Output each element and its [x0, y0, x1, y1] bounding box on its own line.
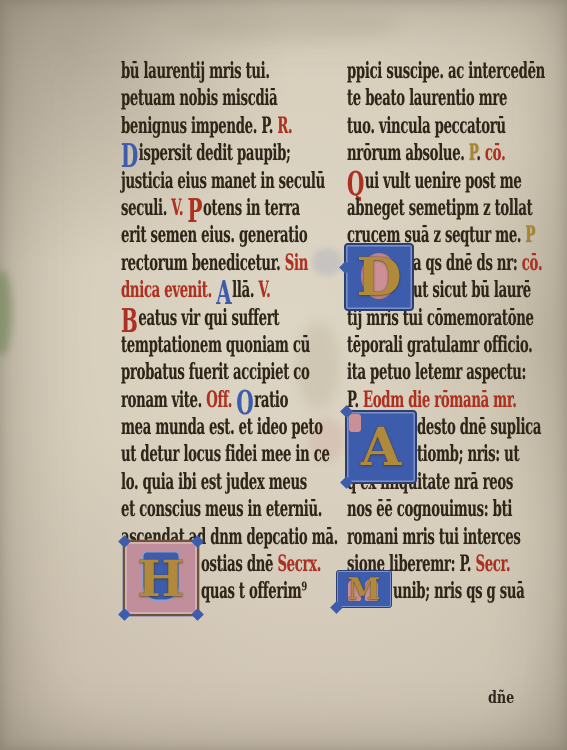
text-line: petuam nobis miscdiā	[121, 85, 241, 112]
illuminated-initial-h-block: H	[123, 540, 199, 616]
illuminated-initial-a-block: A	[345, 410, 417, 484]
text-segment: unib; nris qs g suā	[393, 578, 524, 604]
text-segment: quas t offerim⁹	[201, 578, 307, 604]
text-line: erit semen eius. generatio	[121, 222, 241, 249]
text-segment: benignus impende. P.	[121, 113, 277, 139]
text-segment: nrōrum absolue.	[347, 140, 469, 166]
text-segment: ut sicut bū laurē	[413, 277, 531, 303]
text-line: ronam vite. Off. Oratio	[121, 387, 241, 414]
text-line: nos ēē cognouimus: bti	[347, 496, 454, 523]
text-line: temptationem quoniam cū	[121, 332, 241, 359]
text-segment: petuam nobis miscdiā	[121, 85, 277, 111]
text-segment: ispersit dedit paupib;	[139, 140, 291, 166]
text-segment: nos ēē cognouimus: bti	[347, 496, 512, 522]
text-line: Qui vult uenire post me	[347, 168, 454, 195]
text-segment: te beato laurentio mre	[347, 85, 507, 111]
text-segment: romani mris tui interces	[347, 524, 520, 550]
text-segment: justicia eius manet in seculū	[121, 168, 325, 194]
text-segment: ostias dnē	[201, 551, 277, 577]
text-line: benignus impende. P. R.	[121, 113, 241, 140]
text-segment: otens in terra	[203, 195, 300, 221]
text-segment: probatus fuerit accipiet co	[121, 359, 310, 385]
text-segment: Sin	[285, 250, 308, 276]
text-segment: ratio	[254, 387, 288, 413]
initial-letter-h: H	[125, 542, 197, 614]
text-segment: ita petuo letemr aspectu:	[347, 359, 526, 385]
text-line: Beatus vir qui suffert	[121, 305, 241, 332]
text-segment: Secrx.	[277, 551, 321, 577]
text-line: bū laurentij mris tui.	[121, 58, 241, 85]
initial-letter-d: D	[346, 245, 412, 309]
text-segment: cō.	[485, 140, 506, 166]
text-segment: et conscius meus in eterniū.	[121, 496, 322, 522]
text-segment: ppici suscipe. ac intercedēn	[347, 58, 545, 84]
text-segment: Secr.	[475, 551, 510, 577]
text-segment: tuo. vincula peccatorū	[347, 113, 506, 139]
text-line: seculi. V. Potens in terra	[121, 195, 241, 222]
text-line: dnica evenit. Allā. V.	[121, 277, 241, 304]
text-segment: V.	[171, 195, 187, 221]
manuscript-page: bū laurentij mris tui.petuam nobis miscd…	[0, 0, 567, 750]
text-segment: Off.	[206, 387, 236, 413]
green-edge-stain	[0, 270, 12, 356]
text-line: te beato laurentio mre	[347, 85, 454, 112]
text-line: et conscius meus in eterniū.	[121, 496, 241, 523]
text-line: romani mris tui interces	[347, 524, 454, 551]
catchword: dñe	[488, 688, 514, 708]
text-line: unib; nris qs g suā	[393, 578, 472, 605]
text-segment: .	[476, 140, 485, 166]
text-line: ppici suscipe. ac intercedēn	[347, 58, 454, 85]
initial-letter-m: M	[337, 571, 391, 607]
illuminated-initial-d-block: D	[344, 243, 414, 311]
text-segment: P	[469, 140, 476, 166]
text-segment: eatus vir qui suffert	[138, 305, 279, 331]
text-segment: llā.	[232, 277, 258, 303]
text-segment: a qs dnē ds nr:	[413, 250, 522, 276]
text-line: a qs dnē ds nr: cō.	[413, 250, 480, 277]
text-line: desto dnē suplica	[417, 414, 482, 441]
text-segment: tēporali gratulamr officio.	[347, 332, 532, 358]
initial-letter-a: A	[347, 412, 415, 482]
text-segment: Eodm die rōmanā mr.	[363, 387, 517, 413]
text-segment: tiomb; nris: ut	[417, 441, 519, 467]
text-line: ostias dnē Secrx.	[201, 551, 273, 578]
text-segment: V.	[258, 277, 270, 303]
text-segment: temptationem quoniam cū	[121, 332, 310, 358]
text-segment: bū laurentij mris tui.	[121, 58, 270, 84]
text-line: ut detur locus fidei mee in ce	[121, 441, 241, 468]
text-line: mea munda est. et ideo peto	[121, 414, 241, 441]
text-column-left: bū laurentij mris tui.petuam nobis miscd…	[121, 58, 321, 606]
text-line: Dispersit dedit paupib;	[121, 140, 241, 167]
text-segment: ut detur locus fidei mee in ce	[121, 441, 330, 467]
text-segment: mea munda est. et ideo peto	[121, 414, 323, 440]
text-line: abneget semetipm z tollat	[347, 195, 454, 222]
text-line: tiomb; nris: ut	[417, 441, 482, 468]
text-segment: cō.	[522, 250, 543, 276]
illuminated-initial-m-block: M	[336, 570, 392, 608]
text-segment: P	[526, 222, 536, 248]
text-column-right: ppici suscipe. ac intercedēnte beato lau…	[347, 58, 525, 606]
text-segment: rectorum benedicetur.	[121, 250, 285, 276]
text-segment: lo. quia ibi est judex meus	[121, 469, 307, 495]
text-segment: erit semen eius. generatio	[121, 222, 307, 248]
text-segment: ronam vite.	[121, 387, 206, 413]
text-line: ut sicut bū laurē	[413, 277, 480, 304]
text-segment: ui vult uenire post me	[365, 168, 522, 194]
text-line: tuo. vincula peccatorū	[347, 113, 454, 140]
text-line: ita petuo letemr aspectu:	[347, 359, 454, 386]
text-line: tēporali gratulamr officio.	[347, 332, 454, 359]
text-segment: abneget semetipm z tollat	[347, 195, 532, 221]
text-segment: seculi.	[121, 195, 171, 221]
text-line: justicia eius manet in seculū	[121, 168, 241, 195]
text-line: lo. quia ibi est judex meus	[121, 469, 241, 496]
parchment-stain	[180, 8, 400, 42]
text-line: quas t offerim⁹	[201, 578, 273, 605]
text-line: probatus fuerit accipiet co	[121, 359, 241, 386]
text-segment: dnica evenit.	[121, 277, 216, 303]
text-segment: R.	[277, 113, 292, 139]
text-segment: desto dnē suplica	[417, 414, 541, 440]
